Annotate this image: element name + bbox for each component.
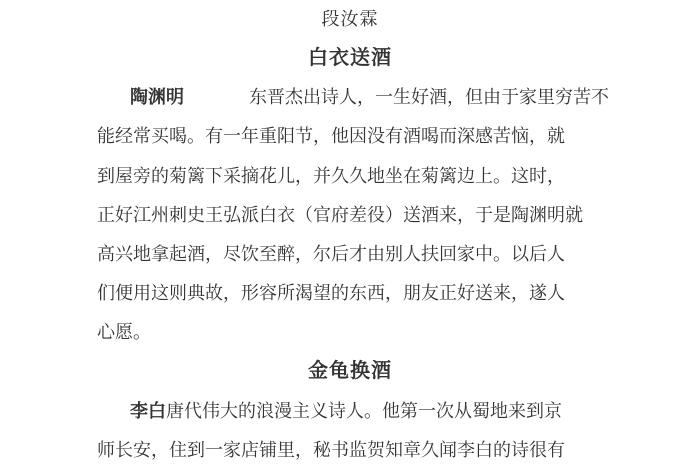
text-line: 陶渊明东晋杰出诗人，一生好酒，但由于家里穷苦不 [0,78,700,117]
text-line: 师长安，住到一家店铺里，秘书监贺知章久闻李白的诗很有 [0,431,700,470]
label-spacer [184,102,249,103]
text-line: 正好江州刺史王弘派白衣（官府差役）送酒来，于是陶渊明就 [0,196,700,235]
text-line: 到屋旁的菊篱下采摘花儿，并久久地坐在菊篱边上。这时， [0,157,700,196]
text-line: 们便用这则典故，形容所渴望的东西，朋友正好送来，遂人 [0,274,700,313]
subject-name-li-bai: 李白 [130,401,166,421]
author-byline: 段汝霖 [0,0,700,39]
text-line: 能经常买喝。有一年重阳节，他因没有酒喝而深感苦恼，就 [0,117,700,156]
story-title-baiyi-songjiu: 白衣送酒 [0,39,700,78]
story-title-jingui-huanjiu: 金龟换酒 [0,352,700,391]
subject-name-tao-yuanming: 陶渊明 [130,87,184,107]
document-page: 段汝霖 白衣送酒 陶渊明东晋杰出诗人，一生好酒，但由于家里穷苦不 能经常买喝。有… [0,0,700,470]
text-line: 心愿。 [0,313,700,352]
text-line: 李白唐代伟大的浪漫主义诗人。他第一次从蜀地来到京 [0,392,700,431]
paragraph-text: 东晋杰出诗人，一生好酒，但由于家里穷苦不 [249,87,609,107]
text-line: 高兴地拿起酒，尽饮至醉，尔后才由别人扶回家中。以后人 [0,235,700,274]
paragraph-text: 唐代伟大的浪漫主义诗人。他第一次从蜀地来到京 [166,401,562,421]
